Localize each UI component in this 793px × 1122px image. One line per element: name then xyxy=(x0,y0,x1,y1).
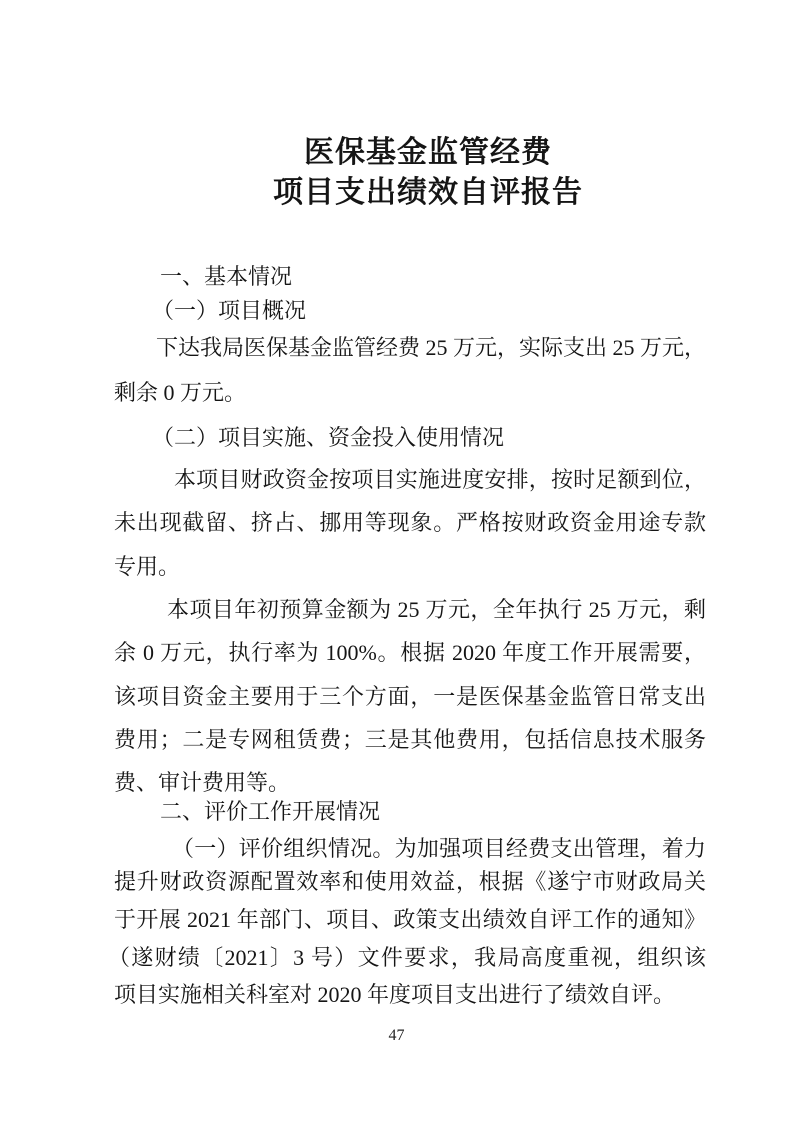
text-line: 本项目年初预算金额为 25 万元，全年执行 25 万元，剩 xyxy=(114,596,706,626)
text-line: 专用。 xyxy=(114,553,706,583)
text-line: 项目实施相关科室对 2020 年度项目支出进行了绩效自评。 xyxy=(114,981,706,1011)
text-line: 于开展 2021 年部门、项目、政策支出绩效自评工作的通知》 xyxy=(114,906,706,936)
text-line: 未出现截留、挤占、挪用等现象。严格按财政资金用途专款 xyxy=(114,509,706,539)
text-line: （一）项目概况 xyxy=(114,297,706,327)
text-line: 一、基本情况 xyxy=(114,263,706,293)
text-line: （遂财绩〔2021〕3 号）文件要求，我局高度重视，组织该 xyxy=(114,944,706,974)
text-line: 剩余 0 万元。 xyxy=(114,379,706,409)
document-body: 一、基本情况（一）项目概况下达我局医保基金监管经费 25 万元，实际支出 25 … xyxy=(114,0,706,1122)
text-line: 费用；二是专网租赁费；三是其他费用，包括信息技术服务 xyxy=(114,726,706,756)
text-line: （二）项目实施、资金投入使用情况 xyxy=(114,424,706,454)
text-line: 本项目财政资金按项目实施进度安排，按时足额到位， xyxy=(114,466,706,496)
text-line: 费、审计费用等。 xyxy=(114,769,706,799)
text-line: 提升财政资源配置效率和使用效益，根据《遂宁市财政局关 xyxy=(114,868,706,898)
text-line: 该项目资金主要用于三个方面，一是医保基金监管日常支出 xyxy=(114,683,706,713)
text-line: （一）评价组织情况。为加强项目经费支出管理，着力 xyxy=(114,835,706,865)
page-number: 47 xyxy=(0,1026,793,1046)
document-page: 医保基金监管经费 项目支出绩效自评报告 一、基本情况（一）项目概况下达我局医保基… xyxy=(0,0,793,1122)
text-line: 余 0 万元，执行率为 100%。根据 2020 年度工作开展需要， xyxy=(114,639,706,669)
text-line: 二、评价工作开展情况 xyxy=(114,798,706,828)
text-line: 下达我局医保基金监管经费 25 万元，实际支出 25 万元， xyxy=(114,334,706,364)
